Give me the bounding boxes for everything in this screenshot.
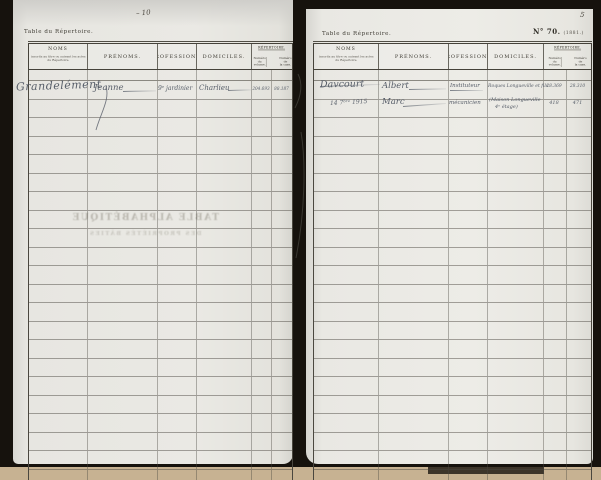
table-cell [379, 192, 449, 210]
table-cell [488, 266, 544, 284]
col-header-volume: Numéro du volume. [549, 57, 562, 67]
table-cell [379, 118, 449, 136]
table-row [314, 137, 591, 156]
table-cell [314, 137, 379, 155]
table-cell [158, 211, 197, 229]
table-cell [88, 433, 158, 451]
table-cell [272, 414, 292, 432]
entry-volume: 204.693 [251, 86, 271, 91]
table-cell [379, 285, 449, 303]
table-cell [197, 118, 252, 136]
table-cell [252, 137, 272, 155]
table-cell [197, 174, 252, 192]
entry-prenom: Marc [382, 97, 405, 107]
table-row [314, 433, 591, 452]
table-row [29, 433, 292, 452]
table-cell [252, 118, 272, 136]
table-cell [88, 266, 158, 284]
left-table-grid [28, 70, 293, 480]
table-cell [252, 155, 272, 173]
table-cell [158, 137, 197, 155]
gutter-page-edge [289, 62, 309, 272]
table-row [314, 174, 591, 193]
table-row [314, 470, 591, 480]
table-row [29, 248, 292, 267]
table-cell [567, 470, 591, 480]
table-cell [488, 118, 544, 136]
pencil-note-left: – 10 [136, 8, 151, 17]
table-cell [379, 396, 449, 414]
table-cell [379, 70, 449, 80]
table-cell [197, 211, 252, 229]
table-cell [197, 303, 252, 321]
table-row [314, 377, 591, 396]
table-cell [252, 211, 272, 229]
table-cell [379, 433, 449, 451]
table-row [314, 211, 591, 230]
table-cell [488, 211, 544, 229]
table-row [314, 155, 591, 174]
noms-title: NOMS [336, 47, 356, 52]
table-cell [544, 285, 567, 303]
table-cell [272, 340, 292, 358]
table-cell [379, 359, 449, 377]
table-cell [488, 470, 544, 480]
table-cell [544, 359, 567, 377]
table-cell [567, 229, 591, 247]
table-cell [197, 470, 252, 480]
col-header-domiciles: DOMICILES. [197, 44, 252, 69]
table-cell [252, 100, 272, 118]
table-cell [88, 229, 158, 247]
table-cell [197, 451, 252, 469]
table-cell [197, 192, 252, 210]
table-cell [379, 377, 449, 395]
table-cell [488, 322, 544, 340]
table-row [29, 100, 292, 119]
table-cell [314, 377, 379, 395]
table-cell [158, 192, 197, 210]
table-row [29, 155, 292, 174]
entry-case: 28.310 [566, 84, 589, 89]
table-cell [567, 70, 591, 80]
table-cell [544, 377, 567, 395]
table-cell [88, 192, 158, 210]
table-cell [158, 359, 197, 377]
col-header-noms: NOMS inscrits au titre ou suivant les ac… [29, 44, 88, 69]
table-cell [314, 174, 379, 192]
table-cell [449, 118, 488, 136]
left-table: NOMS inscrits au titre ou suivant les ac… [28, 43, 293, 480]
table-cell [158, 451, 197, 469]
entry-profession: mécanicien [449, 100, 481, 106]
entry-volume: 28.369 [543, 84, 565, 89]
table-cell [567, 118, 591, 136]
table-cell [314, 451, 379, 469]
table-cell [197, 414, 252, 432]
table-cell [88, 155, 158, 173]
table-cell [567, 414, 591, 432]
table-cell [197, 359, 252, 377]
table-cell [544, 451, 567, 469]
table-cell [567, 248, 591, 266]
entry-domicile: Roques Longueville et fils [488, 84, 548, 89]
table-cell [544, 266, 567, 284]
table-cell [544, 174, 567, 192]
entry-case: 471 [566, 100, 589, 106]
table-cell [252, 340, 272, 358]
table-cell [158, 303, 197, 321]
table-cell [449, 470, 488, 480]
table-cell [197, 377, 252, 395]
table-row [314, 192, 591, 211]
table-cell [158, 470, 197, 480]
table-cell [488, 137, 544, 155]
table-cell [379, 137, 449, 155]
table-cell [379, 211, 449, 229]
table-cell [449, 414, 488, 432]
table-cell [29, 340, 88, 358]
table-cell [88, 414, 158, 432]
table-cell [252, 470, 272, 480]
table-cell [197, 155, 252, 173]
table-cell [488, 340, 544, 358]
table-cell [197, 340, 252, 358]
table-row [314, 396, 591, 415]
table-row [29, 414, 292, 433]
table-cell [567, 192, 591, 210]
table-row [29, 303, 292, 322]
table-cell [272, 303, 292, 321]
table-cell [449, 433, 488, 451]
entry-domicile-line1: (Maison Longueville [489, 97, 541, 103]
table-row [314, 303, 591, 322]
table-cell [567, 322, 591, 340]
table-cell [197, 322, 252, 340]
table-cell [29, 229, 88, 247]
table-cell [158, 285, 197, 303]
table-cell [88, 174, 158, 192]
table-cell [544, 70, 567, 80]
table-cell [544, 303, 567, 321]
table-cell [567, 396, 591, 414]
table-cell [544, 340, 567, 358]
table-cell [88, 396, 158, 414]
table-cell [544, 248, 567, 266]
table-cell [29, 470, 88, 480]
col-header-volume: Numéro du volume. [253, 57, 266, 67]
table-cell [252, 285, 272, 303]
table-cell [449, 229, 488, 247]
table-cell [544, 433, 567, 451]
table-row [29, 359, 292, 378]
table-cell [272, 377, 292, 395]
table-cell [488, 155, 544, 173]
entry-domicile-line2: 4ᵉ étage) [495, 104, 518, 110]
table-cell [272, 470, 292, 480]
table-cell [158, 414, 197, 432]
table-cell [449, 137, 488, 155]
col-header-case: Numéro de la case. [574, 57, 586, 67]
table-row [29, 229, 292, 248]
table-row [314, 340, 591, 359]
table-cell [488, 229, 544, 247]
table-cell [29, 359, 88, 377]
table-cell [488, 433, 544, 451]
table-cell [29, 377, 88, 395]
table-row [29, 322, 292, 341]
left-page-title: Table du Répertoire. [24, 29, 93, 35]
col-header-prenoms: PRÉNOMS. [379, 44, 449, 69]
table-cell [488, 359, 544, 377]
table-cell [488, 303, 544, 321]
table-cell [488, 414, 544, 432]
left-table-header: NOMS inscrits au titre ou suivant les ac… [28, 43, 293, 70]
table-cell [544, 211, 567, 229]
table-cell [567, 137, 591, 155]
table-cell [197, 266, 252, 284]
table-cell [544, 396, 567, 414]
table-cell [488, 451, 544, 469]
table-cell [567, 285, 591, 303]
table-cell [29, 303, 88, 321]
entry-prenom: Albert [382, 81, 409, 91]
table-cell [88, 137, 158, 155]
table-cell [488, 396, 544, 414]
entry-domicile: Charlieu [199, 84, 230, 92]
table-cell [567, 155, 591, 173]
table-cell [252, 174, 272, 192]
table-cell [379, 414, 449, 432]
table-cell [449, 266, 488, 284]
table-cell [567, 359, 591, 377]
table-cell [314, 192, 379, 210]
table-cell [379, 303, 449, 321]
table-cell [272, 285, 292, 303]
table-cell [158, 322, 197, 340]
table-cell [544, 155, 567, 173]
repertoire-subcolumns: Numéro du volume. Numéro de la case. [252, 52, 292, 69]
folio-number: N° 70.(1881.) [533, 27, 584, 36]
table-cell [449, 70, 488, 80]
table-row [29, 340, 292, 359]
right-table-grid [313, 70, 592, 480]
table-cell [88, 470, 158, 480]
noms-subtitle: inscrits au titre ou suivant les actes d… [319, 56, 373, 63]
table-cell [449, 322, 488, 340]
table-cell [29, 414, 88, 432]
table-row [314, 266, 591, 285]
table-cell [29, 211, 88, 229]
table-cell [158, 100, 197, 118]
table-cell [252, 266, 272, 284]
table-cell [252, 359, 272, 377]
noms-title: NOMS [48, 47, 68, 52]
table-cell [314, 340, 379, 358]
table-cell [272, 451, 292, 469]
table-cell [314, 248, 379, 266]
table-cell [314, 229, 379, 247]
table-cell [449, 155, 488, 173]
table-cell [449, 359, 488, 377]
table-cell [29, 137, 88, 155]
table-cell [252, 70, 272, 80]
table-cell [197, 70, 252, 80]
table-cell [544, 414, 567, 432]
table-cell [88, 248, 158, 266]
table-cell [88, 451, 158, 469]
table-cell [567, 266, 591, 284]
table-cell [379, 340, 449, 358]
table-row [29, 174, 292, 193]
table-cell [567, 303, 591, 321]
table-cell [379, 322, 449, 340]
scanned-register-spread: Table du Répertoire. Table du Répertoire… [0, 0, 601, 480]
table-cell [197, 229, 252, 247]
table-cell [158, 229, 197, 247]
table-cell [272, 322, 292, 340]
table-row [314, 285, 591, 304]
table-cell [314, 433, 379, 451]
page-top-shadow [13, 0, 293, 26]
table-cell [544, 137, 567, 155]
col-header-prenoms: PRÉNOMS. [88, 44, 158, 69]
table-cell [158, 433, 197, 451]
col-header-domiciles: DOMICILES. [488, 44, 544, 69]
table-row [29, 211, 292, 230]
table-row [29, 377, 292, 396]
table-cell [449, 248, 488, 266]
noms-subtitle: inscrits au titre ou suivant les actes d… [31, 56, 85, 63]
col-header-repertoire: RÉPERTOIRE. Numéro du volume. Numéro de … [544, 44, 591, 69]
table-cell [88, 285, 158, 303]
table-cell [158, 174, 197, 192]
table-cell [29, 100, 88, 118]
table-cell [314, 396, 379, 414]
entry-profession: 9ᵉ jardinier [158, 85, 192, 92]
table-row [29, 137, 292, 156]
table-row [29, 118, 292, 137]
right-table: NOMS inscrits au titre ou suivant les ac… [313, 43, 592, 480]
table-cell [379, 174, 449, 192]
table-cell [158, 155, 197, 173]
table-cell [314, 285, 379, 303]
table-cell [252, 192, 272, 210]
table-row [314, 359, 591, 378]
table-cell [567, 433, 591, 451]
table-cell [314, 470, 379, 480]
table-cell [567, 340, 591, 358]
table-cell [379, 451, 449, 469]
table-cell [88, 303, 158, 321]
table-cell [488, 192, 544, 210]
table-cell [29, 322, 88, 340]
col-header-professions: PROFESSIONS. [158, 44, 197, 69]
table-row [314, 118, 591, 137]
table-cell [158, 377, 197, 395]
table-cell [449, 396, 488, 414]
table-cell [29, 266, 88, 284]
table-cell [314, 211, 379, 229]
table-cell [252, 229, 272, 247]
table-row [314, 451, 591, 470]
table-cell [379, 155, 449, 173]
table-cell [197, 396, 252, 414]
table-cell [272, 433, 292, 451]
table-cell [567, 174, 591, 192]
table-cell [252, 451, 272, 469]
table-cell [29, 451, 88, 469]
table-cell [29, 155, 88, 173]
table-cell [158, 118, 197, 136]
table-row [29, 266, 292, 285]
table-cell [29, 433, 88, 451]
table-cell [314, 322, 379, 340]
col-header-professions: PROFESSIONS. [449, 44, 488, 69]
table-cell [544, 229, 567, 247]
table-cell [158, 340, 197, 358]
table-cell [449, 340, 488, 358]
right-page-title: Table du Répertoire. [322, 31, 391, 37]
table-cell [272, 396, 292, 414]
table-cell [567, 211, 591, 229]
table-row [29, 396, 292, 415]
table-cell [29, 248, 88, 266]
table-cell [449, 303, 488, 321]
table-cell [314, 414, 379, 432]
table-row [314, 248, 591, 267]
table-cell [252, 248, 272, 266]
table-cell [567, 451, 591, 469]
table-cell [488, 174, 544, 192]
table-cell [88, 211, 158, 229]
table-cell [197, 137, 252, 155]
noms-subtitle-line2: du Répertoire. [319, 59, 373, 62]
table-cell [158, 266, 197, 284]
table-cell [88, 322, 158, 340]
entry-volume: 418 [543, 100, 565, 106]
table-cell [449, 211, 488, 229]
table-cell [29, 174, 88, 192]
table-cell [158, 248, 197, 266]
table-cell [379, 229, 449, 247]
repertoire-subcolumns: Numéro du volume. Numéro de la case. [544, 52, 591, 69]
table-cell [197, 248, 252, 266]
ink-flourish [450, 90, 483, 91]
table-cell [379, 248, 449, 266]
table-row [314, 414, 591, 433]
table-cell [29, 285, 88, 303]
table-cell [29, 396, 88, 414]
table-cell [197, 433, 252, 451]
table-cell [379, 470, 449, 480]
table-cell [252, 414, 272, 432]
table-row [29, 192, 292, 211]
table-cell [252, 377, 272, 395]
table-cell [314, 155, 379, 173]
table-row [314, 322, 591, 341]
table-cell [314, 266, 379, 284]
table-row [29, 451, 292, 470]
folio-number-text: N° 70. [533, 27, 561, 36]
table-cell [252, 433, 272, 451]
table-cell [252, 396, 272, 414]
col-header-noms: NOMS inscrits au titre ou suivant les ac… [314, 44, 379, 69]
folio-year: (1881.) [564, 31, 584, 36]
table-cell [29, 118, 88, 136]
table-cell [29, 192, 88, 210]
table-row [314, 229, 591, 248]
